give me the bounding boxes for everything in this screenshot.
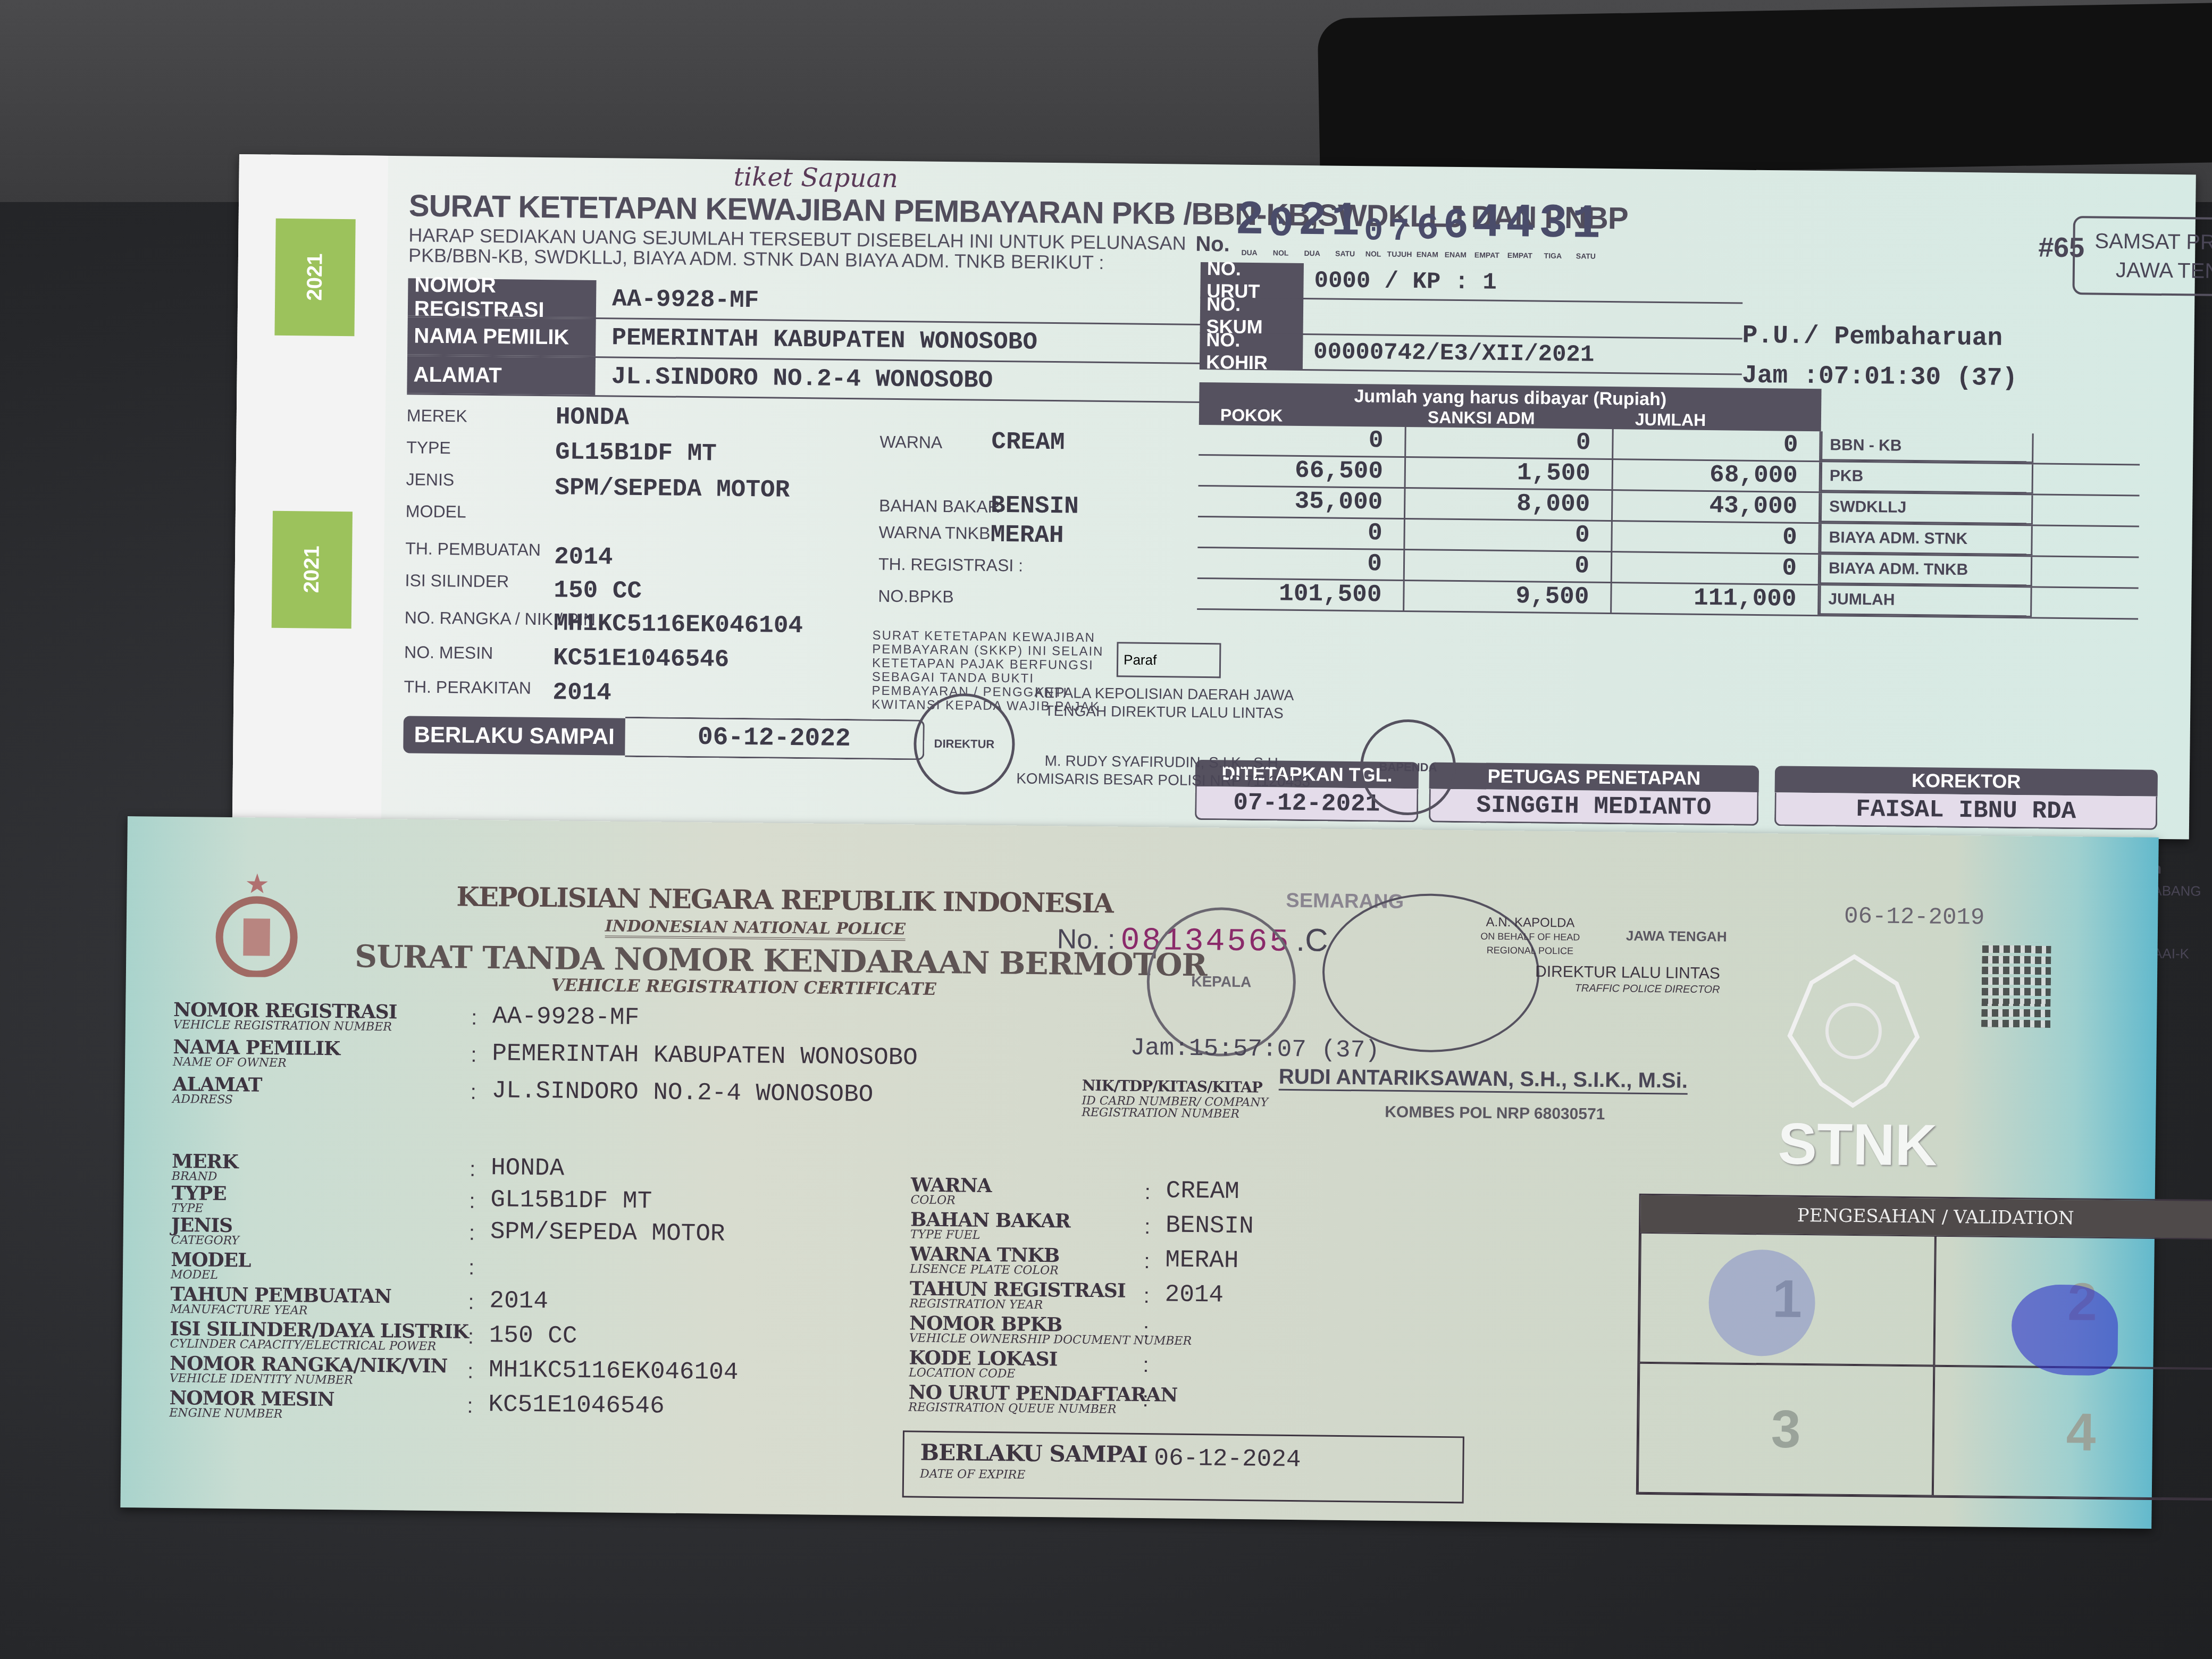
field-label: MODELMODEL <box>171 1250 251 1282</box>
field-label: NAMA PEMILIKNAME OF OWNER <box>173 1037 340 1070</box>
number-digit: 3TIGA <box>1538 197 1568 261</box>
field-label: ALAMATADDRESS <box>172 1075 262 1107</box>
field-label: WARNA TNKBLISENCE PLATE COLOR <box>910 1244 1059 1277</box>
number-digit: 0NOL <box>1364 213 1384 258</box>
colon: : <box>470 1080 476 1104</box>
number-digit: 4EMPAT <box>1505 197 1535 260</box>
number-digit: 4EMPAT <box>1472 196 1502 259</box>
validation-stamp-1-icon <box>1708 1249 1816 1356</box>
field-no-kohir: NO. KOHIR 00000742/E3/XII/2021 <box>1200 334 1742 375</box>
authority-director: DIREKTUR LALU LINTAS TRAFFIC POLICE DIRE… <box>1535 964 1720 998</box>
stnk-title-en: VEHICLE REGISTRATION CERTIFICATE <box>551 975 936 999</box>
signatory-name: RUDI ANTARIKSAWAN, S.H., S.I.K., M.Si. <box>1279 1065 1688 1095</box>
colon: : <box>468 1291 474 1314</box>
pu-pembaharuan: P.U./ Pembaharuan <box>1742 322 2002 353</box>
bapenda-stamp-icon: BAPENDA <box>1360 719 1456 816</box>
colon: : <box>1143 1353 1149 1377</box>
colon: : <box>1142 1388 1149 1412</box>
validation-cell-4: 4 <box>1933 1366 2212 1499</box>
signatory-rank: KOMBES POL NRP 68030571 <box>1385 1103 1605 1124</box>
skkp-number: No. 2DUA0NOL2DUA1SATU0NOL7TUJUH6ENAM6ENA… <box>1195 194 1603 261</box>
number-digit: 6ENAM <box>1416 208 1439 258</box>
field-value: KC51E1046546 <box>488 1390 665 1420</box>
samsat-box: SAMSAT PROVINSI JAWA TENGAH Lembar 1 Unt… <box>2072 216 2212 298</box>
field-label: TYPETYPE <box>171 1184 227 1215</box>
field-value: 2014 <box>1164 1280 1224 1309</box>
field-label: ISI SILINDER/DAYA LISTRIKCYLINDER CAPACI… <box>170 1319 468 1353</box>
police-stamp-icon: DIREKTUR <box>913 693 1015 795</box>
field-label: NOMOR REGISTRASIVEHICLE REGISTRATION NUM… <box>173 1000 397 1033</box>
colon: : <box>1144 1180 1151 1204</box>
berlaku-sampai: BERLAKU SAMPAI 06-12-2022 <box>403 714 925 760</box>
number-digit: 2DUA <box>1235 194 1264 257</box>
stnk-certificate: KEPOLISIAN NEGARA REPUBLIK INDONESIA IND… <box>120 816 2158 1529</box>
field-value: AA-9928-MF <box>492 1002 640 1032</box>
expiry-box: BERLAKU SAMPAI DATE OF EXPIRE 06-12-2024 <box>902 1430 1464 1503</box>
field-label: NOMOR BPKBVEHICLE OWNERSHIP DOCUMENT NUM… <box>909 1313 1192 1347</box>
qr-code-icon <box>1981 942 2051 1028</box>
field-value: PEMERINTAH KABUPATEN WONOSOBO <box>492 1040 918 1071</box>
field-label: TAHUN PEMBUATANMANUFACTURE YEAR <box>170 1285 391 1318</box>
field-label: TAHUN REGISTRASIREGISTRATION YEAR <box>909 1279 1126 1312</box>
field-alamat: ALAMAT JL.SINDORO NO.2-4 WONOSOBO <box>407 356 1237 403</box>
colon: : <box>468 1325 474 1349</box>
authority-region: JAWA TENGAH <box>1626 928 1727 945</box>
colon: : <box>468 1256 475 1280</box>
number-digit: 6ENAM <box>1443 202 1469 259</box>
field-label: JENISCATEGORY <box>171 1216 240 1247</box>
field-label: NO URUT PENDAFTARANREGISTRATION QUEUE NU… <box>908 1382 1177 1416</box>
field-value: 2014 <box>489 1287 548 1315</box>
field-value: SPM/SEPEDA MOTOR <box>490 1218 725 1248</box>
field-value: HONDA <box>491 1154 565 1182</box>
number-digit: 0NOL <box>1268 200 1294 257</box>
field-value: MH1KC5116EK046104 <box>489 1356 739 1386</box>
colon: : <box>470 1158 476 1182</box>
payment-table: Jumlah yang harus dibayar (Rupiah) POKOK… <box>1197 382 2140 620</box>
number-digit: 1SATU <box>1571 197 1601 261</box>
colon: : <box>469 1221 475 1245</box>
colon: : <box>469 1189 475 1213</box>
stnk-jam: Jam:15:57:07 (37) <box>1130 1034 1380 1065</box>
police-emblem-icon <box>211 870 303 978</box>
motorcycle-seat-edge <box>1318 3 2212 178</box>
validation-cell-3: 3 <box>1638 1363 1934 1496</box>
colon: : <box>471 1006 477 1030</box>
colon: : <box>467 1394 473 1418</box>
handwritten-note: tiket Sapuan <box>733 162 898 194</box>
authority: A.N. KAPOLDA ON BEHALF OF HEAD REGIONAL … <box>1471 915 1589 958</box>
institution: KEPOLISIAN NEGARA REPUBLIK INDONESIA <box>456 881 1113 919</box>
field-label: WARNACOLOR <box>910 1175 991 1207</box>
institution-en: INDONESIAN NATIONAL POLICE <box>605 917 906 941</box>
vehicle-specs: MEREK HONDA TYPE GL15B1DF MT JENIS SPM/S… <box>407 406 1258 415</box>
number-digit: 2DUA <box>1298 195 1327 258</box>
skkp-tax-receipt: 2021 2021 tiket Sapuan SURAT KETETAPAN K… <box>232 154 2196 839</box>
field-value: GL15B1DF MT <box>490 1186 652 1215</box>
signature-police: KEPALA KEPOLISIAN DAERAH JAWA TENGAH DIR… <box>1004 683 1324 791</box>
admin-fields: NO. URUT 0000 / KP : 1 NO. SKUM NO. KOHI… <box>1200 263 1743 375</box>
field-value: CREAM <box>1166 1177 1239 1205</box>
colon: : <box>467 1360 474 1384</box>
strip-year: 2021 <box>272 511 353 629</box>
skkp-instructions: HARAP SEDIAKAN UANG SEJUMLAH TERSEBUT DI… <box>408 225 1206 274</box>
colon: : <box>1143 1284 1150 1308</box>
owner-fields: NOMOR REGISTRASI AA-9928-MF NAMA PEMILIK… <box>407 278 1237 403</box>
field-value: JL.SINDORO NO.2-4 WONOSOBO <box>491 1077 873 1109</box>
number-digit: 1SATU <box>1331 195 1360 258</box>
field-value: MERAH <box>1165 1246 1239 1274</box>
strip-year: 2021 <box>274 219 355 337</box>
field-label: NOMOR MESINENGINE NUMBER <box>169 1388 334 1421</box>
security-strip: 2021 2021 <box>232 154 388 820</box>
korektor: KOREKTOR FAISAL IBNU RDA <box>1774 766 2158 830</box>
polri-hologram-icon <box>1778 951 1929 1112</box>
payment-table-header: Jumlah yang harus dibayar (Rupiah) POKOK… <box>1199 382 1822 431</box>
colon: : <box>1143 1319 1150 1343</box>
colon: : <box>1144 1250 1150 1273</box>
field-label: BAHAN BAKARTYPE FUEL <box>910 1210 1070 1242</box>
colon: : <box>471 1043 477 1067</box>
stnk-logo: STNK <box>1778 1110 1938 1179</box>
paraf-box: Paraf <box>1117 642 1221 678</box>
validation-grid: PENGESAHAN / VALIDATION 1 2 3 4 <box>1636 1194 2212 1501</box>
field-value: BENSIN <box>1166 1211 1254 1240</box>
petugas-penetapan: PETUGAS PENETAPAN SINGGIH MEDIANTO <box>1429 763 1759 826</box>
number-digit: 7TUJUH <box>1387 214 1413 258</box>
field-label: KODE LOKASILOCATION CODE <box>909 1348 1058 1380</box>
field-value: 150 CC <box>489 1321 577 1350</box>
field-label: NOMOR RANGKA/NIK/VINVEHICLE IDENTITY NUM… <box>170 1354 448 1387</box>
colon: : <box>1144 1215 1151 1239</box>
field-nik: NIK/TDP/KITAS/KITAP ID CARD NUMBER/ COMP… <box>1082 1076 1273 1121</box>
field-label: MERKBRAND <box>172 1152 238 1183</box>
issue-date: 06-12-2019 <box>1844 903 1985 932</box>
